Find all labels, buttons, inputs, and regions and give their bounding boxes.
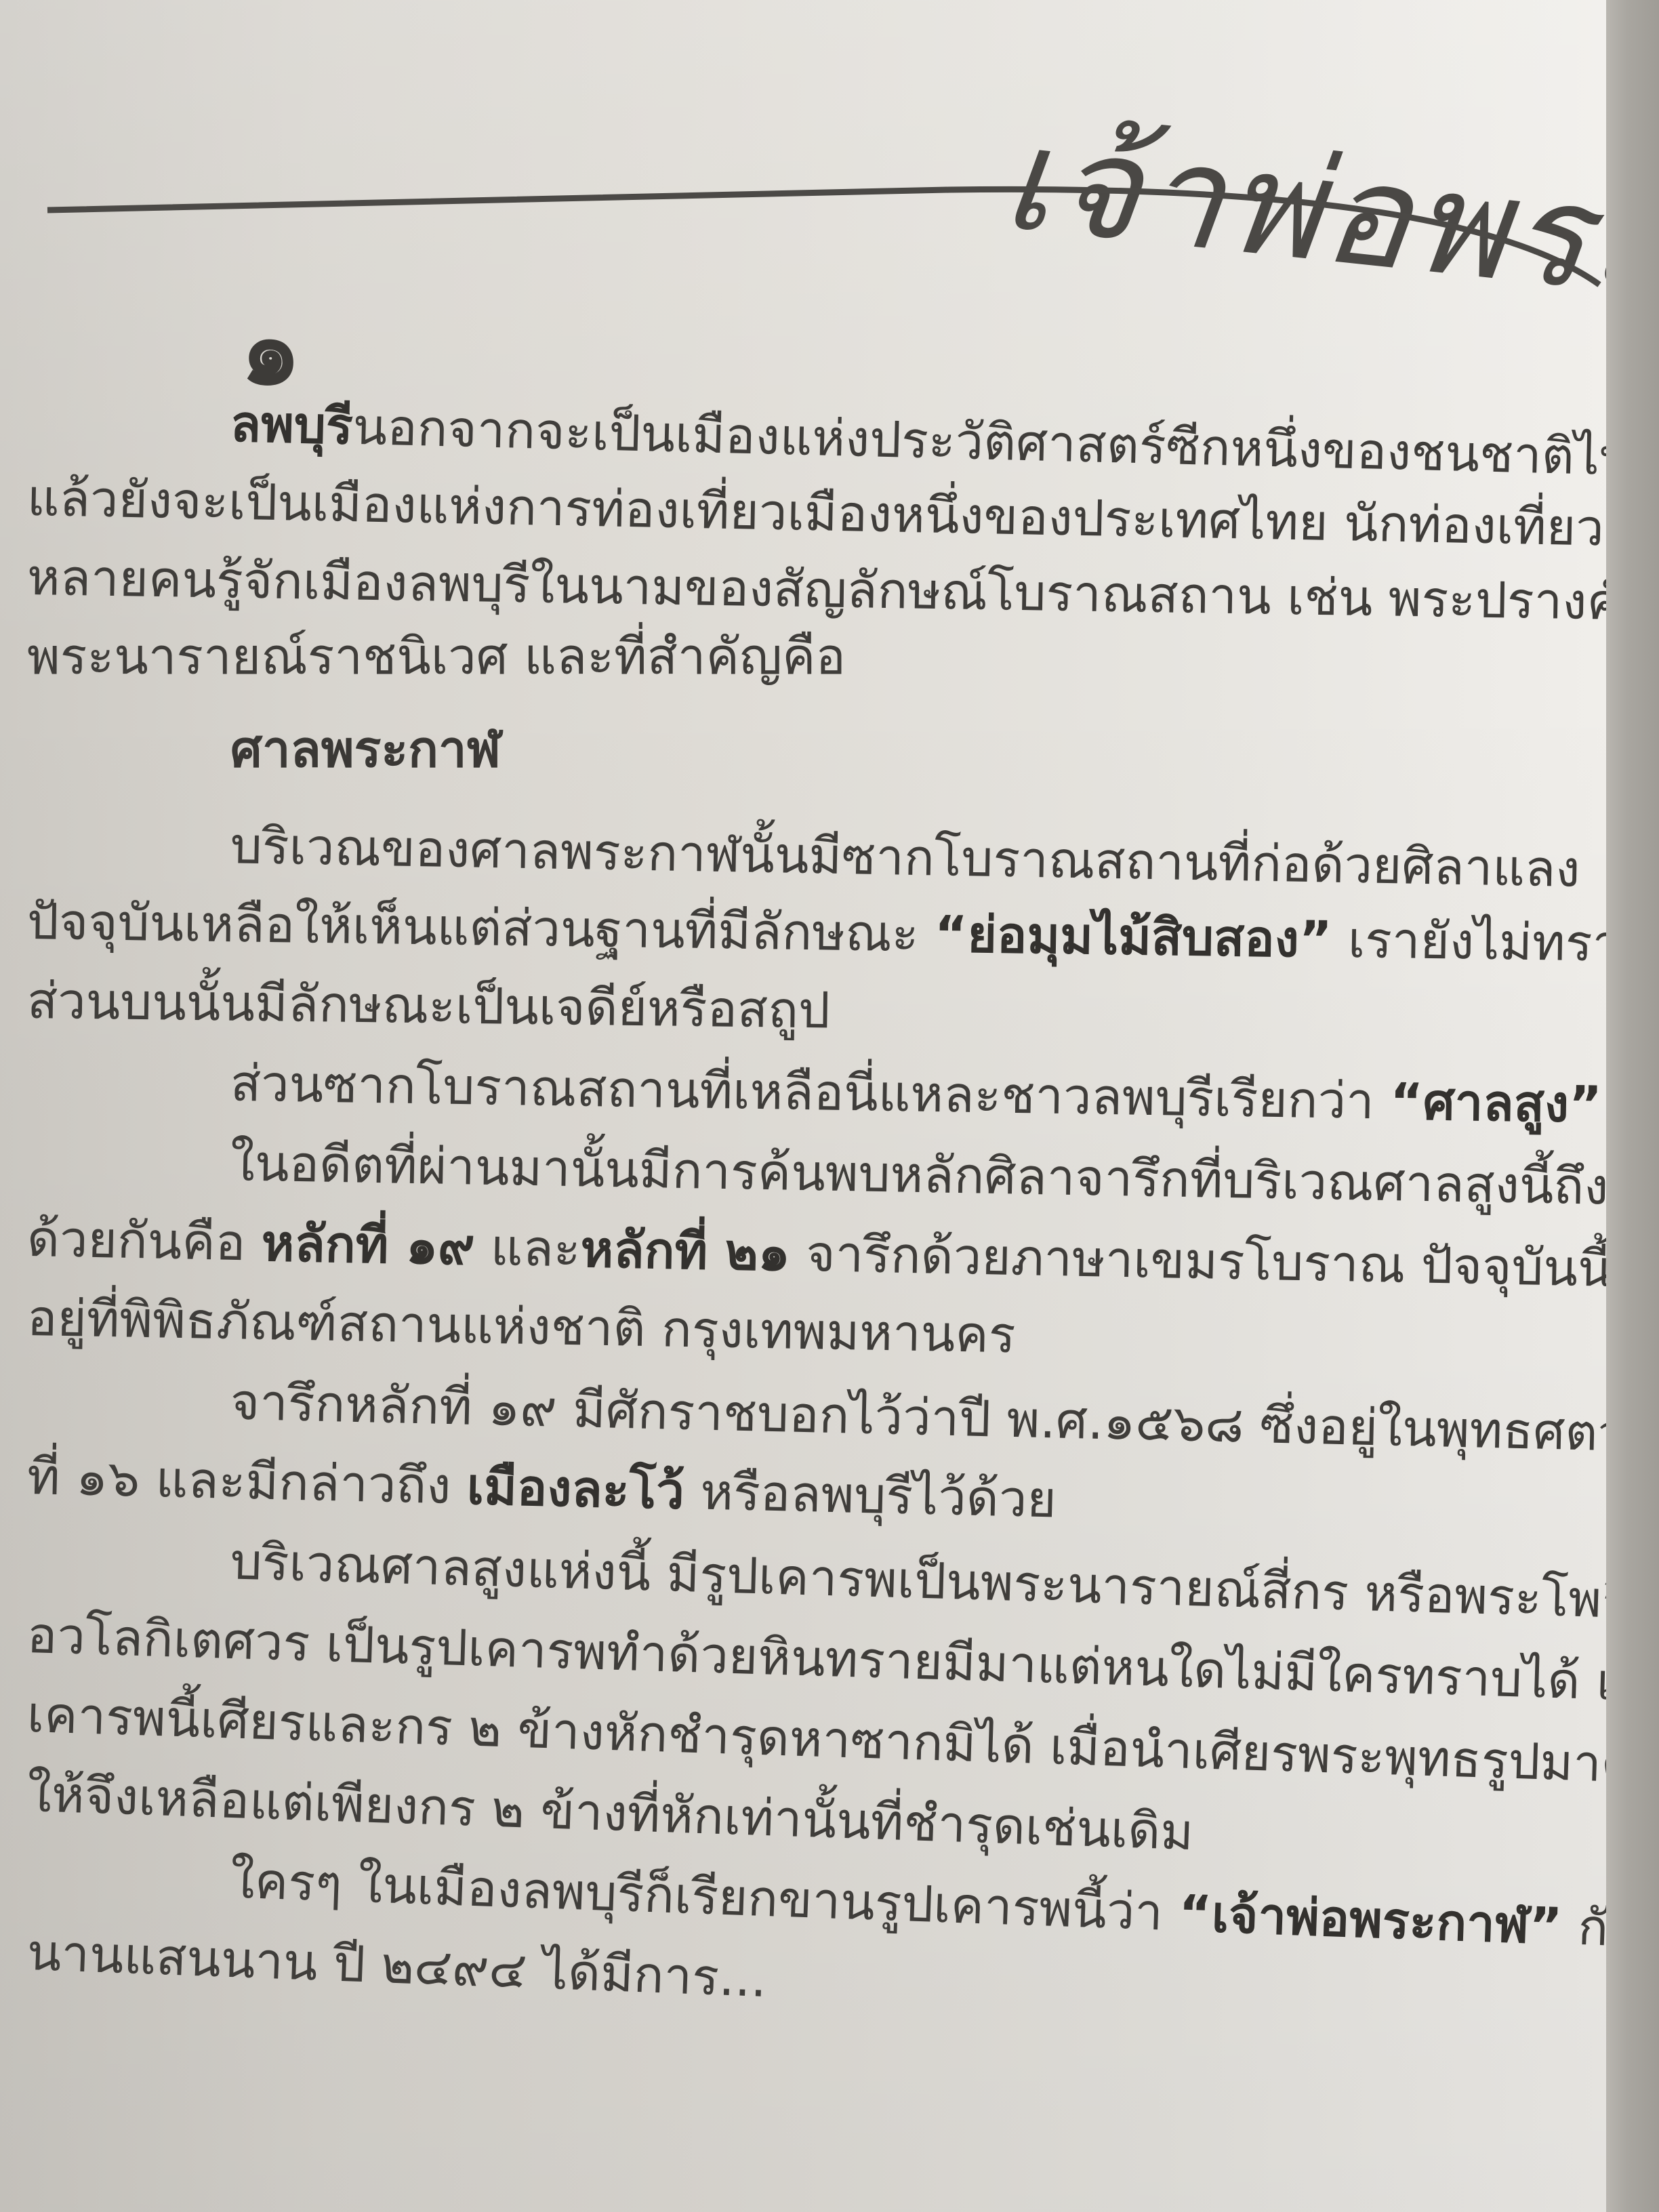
body-text: ลพบุรีนอกจากจะเป็นเมืองแห่งประวัติศาสตร์…: [27, 380, 1606, 1992]
text-span: หรือลพบุรีไว้ด้วย: [684, 1462, 1057, 1529]
book-page: เจ้าพ่อพระกาฬ ๑ ลพบุรีนอกจากจะเป็นเมืองแ…: [0, 0, 1606, 2212]
text-span: ด้วยกันคือ: [26, 1210, 262, 1273]
book-photo: เจ้าพ่อพระกาฬ ๑ ลพบุรีนอกจากจะเป็นเมืองแ…: [0, 0, 1659, 2212]
emphasis: ลพบุรี: [230, 394, 354, 455]
emphasis: “ย่อมุมไม้สิบสอง”: [934, 905, 1332, 969]
emphasis: “ศาลสูง”: [1390, 1073, 1603, 1134]
adjacent-page-edge: [1606, 0, 1659, 2212]
text-span: ปัจจุบันเหลือให้เห็นแต่ส่วนฐานที่มีลักษณ…: [26, 893, 935, 964]
text-span: ส่วนซากโบราณสถานที่เหลือนี่แหละชาวลพบุรี…: [230, 1054, 1391, 1131]
emphasis: หลักที่ ๒๑: [580, 1221, 791, 1283]
emphasis: “เจ้าพ่อพระกาฬ”: [1178, 1884, 1563, 1956]
text-span: และ: [474, 1218, 581, 1279]
section-heading: ศาลพระกาฬ: [27, 710, 1606, 790]
text-span: ที่ ๑๖ และมีกล่าวถึง: [26, 1448, 468, 1516]
text-span: จารึกด้วยภาษาเขมรโบราณ ปัจจุบันนี้เก็บ: [790, 1225, 1659, 1300]
emphasis: เมืองละโว้: [466, 1458, 685, 1521]
emphasis: หลักที่ ๑๙: [261, 1214, 475, 1277]
